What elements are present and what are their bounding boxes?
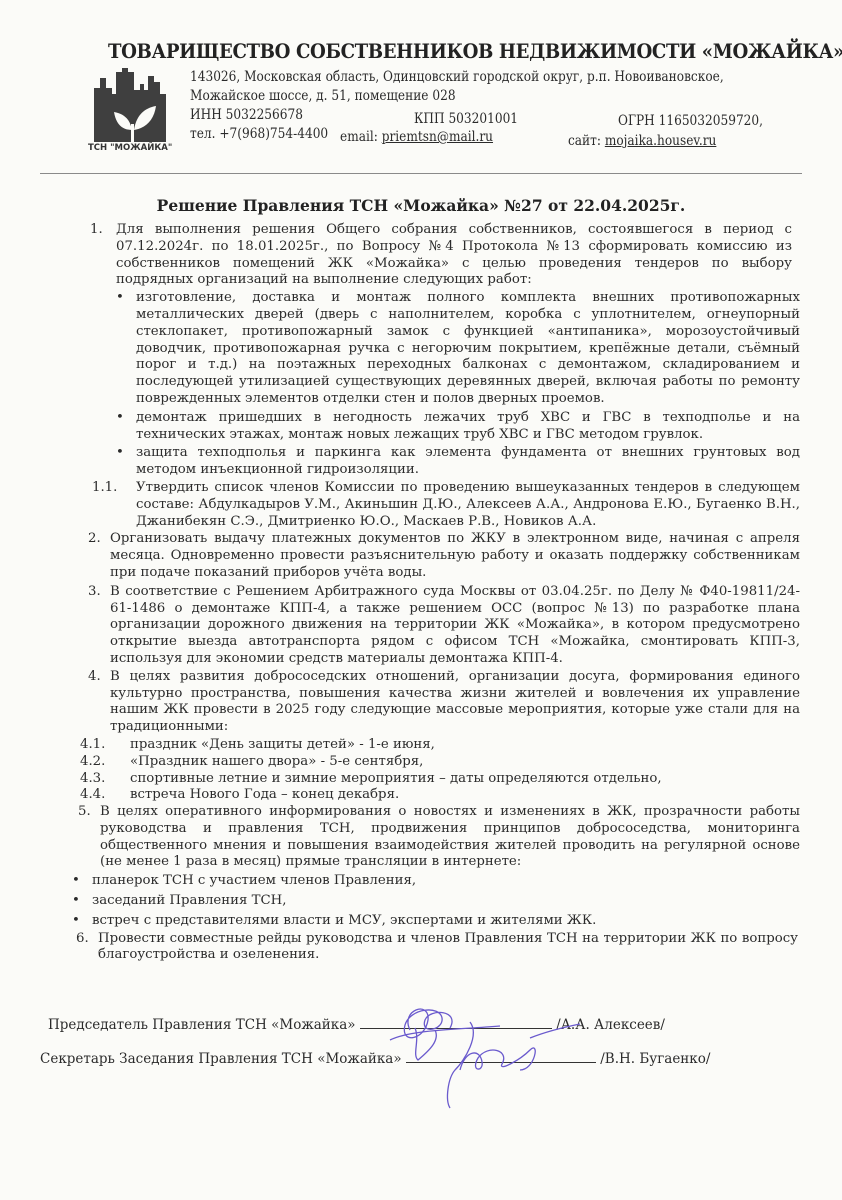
item-1-1: 1.1. Утвердить список членов Комиссии по… xyxy=(136,480,800,530)
item-5: 5. В целях оперативного информирования о… xyxy=(100,804,800,871)
item-number: 4.3. xyxy=(80,771,105,788)
inn: ИНН 5032256678 xyxy=(190,107,303,123)
item-text: Организовать выдачу платежных документов… xyxy=(110,531,800,581)
kpp: КПП 503201001 xyxy=(414,111,518,127)
item-text: Для выполнения решения Общего собрания с… xyxy=(116,222,792,289)
item-text: В соответствие с Решением Арбитражного с… xyxy=(110,584,800,668)
bullet-text: демонтаж пришедших в негодность лежачих … xyxy=(136,410,800,444)
bullet-text: изготовление, доставка и монтаж полного … xyxy=(136,290,800,408)
bullet: • xyxy=(72,893,80,910)
site-label: сайт: xyxy=(568,133,605,149)
handwritten-signature-icon xyxy=(370,1000,590,1110)
item-4-4: 4.4. встреча Нового Года – конец декабря… xyxy=(130,787,800,804)
bullet-text: защита техподполья и паркинга как элемен… xyxy=(136,445,800,479)
chairman-label: Председатель Правления ТСН «Можайка» xyxy=(48,1017,356,1033)
item-text: праздник «День защиты детей» - 1-е июня, xyxy=(130,737,800,754)
bullet-item: • встреч с представителями власти и МСУ,… xyxy=(92,913,792,930)
email-link[interactable]: priemtsn@mail.ru xyxy=(382,129,493,145)
item-text: спортивные летние и зимние мероприятия –… xyxy=(130,771,800,788)
bullet: • xyxy=(116,410,124,427)
bullet: • xyxy=(116,290,124,307)
document-title: Решение Правления ТСН «Можайка» №27 от 2… xyxy=(0,196,842,215)
site-block: сайт: mojaika.housev.ru xyxy=(568,133,716,149)
item-number: 2. xyxy=(88,531,101,548)
bullet: • xyxy=(72,873,80,890)
secretary-label: Секретарь Заседания Правления ТСН «Можай… xyxy=(40,1051,402,1067)
item-number: 4. xyxy=(88,669,101,686)
email-block: email: priemtsn@mail.ru xyxy=(340,129,493,145)
item-number: 5. xyxy=(78,804,91,821)
item-text: В целях оперативного информирования о но… xyxy=(100,804,800,871)
ogrn: ОГРН 1165032059720, xyxy=(618,113,763,129)
secretary-name: /В.Н. Бугаенко/ xyxy=(600,1051,710,1067)
bullet-item: • защита техподполья и паркинга как элем… xyxy=(136,445,800,479)
item-text: встреча Нового Года – конец декабря. xyxy=(130,787,800,804)
bullet-text: планерок ТСН с участием членов Правления… xyxy=(92,873,792,890)
site-link[interactable]: mojaika.housev.ru xyxy=(605,133,717,149)
item-4: 4. В целях развития добрососедских отнош… xyxy=(110,669,800,736)
address-line-1: 143026, Московская область, Одинцовский … xyxy=(190,69,724,85)
bullet-item: • демонтаж пришедших в негодность лежачи… xyxy=(136,410,800,444)
header-separator xyxy=(40,173,802,174)
item-number: 4.4. xyxy=(80,787,105,804)
item-text: Провести совместные рейды руководства и … xyxy=(98,931,798,965)
document-page: ТОВАРИЩЕСТВО СОБСТВЕННИКОВ НЕДВИЖИМОСТИ … xyxy=(0,0,842,1200)
item-text: «Праздник нашего двора» - 5-е сентября, xyxy=(130,754,800,771)
bullet: • xyxy=(72,913,80,930)
item-4-3: 4.3. спортивные летние и зимние мероприя… xyxy=(130,771,800,788)
bullet-item: • изготовление, доставка и монтаж полног… xyxy=(136,290,800,408)
phone: тел. +7(968)754-4400 xyxy=(190,126,328,142)
document-body: 1. Для выполнения решения Общего собрани… xyxy=(0,222,842,964)
bullet-text: встреч с представителями власти и МСУ, э… xyxy=(92,913,792,930)
item-4-1: 4.1. праздник «День защиты детей» - 1-е … xyxy=(130,737,800,754)
address-line-2: Можайское шоссе, д. 51, помещение 028 xyxy=(190,88,456,104)
logo-caption: ТСН "МОЖАЙКА" xyxy=(88,143,188,153)
item-text: В целях развития добрососедских отношени… xyxy=(110,669,800,736)
item-1: 1. Для выполнения решения Общего собрани… xyxy=(116,222,792,289)
item-number: 4.2. xyxy=(80,754,105,771)
bullet-item: • планерок ТСН с участием членов Правлен… xyxy=(92,873,792,890)
bullet-text: заседаний Правления ТСН, xyxy=(92,893,792,910)
item-number: 4.1. xyxy=(80,737,105,754)
item-6: 6. Провести совместные рейды руководства… xyxy=(98,931,798,965)
item-number: 3. xyxy=(88,584,101,601)
item-4-2: 4.2. «Праздник нашего двора» - 5-е сентя… xyxy=(130,754,800,771)
email-label: email: xyxy=(340,129,382,145)
tsn-logo-icon xyxy=(86,64,186,152)
organization-name: ТОВАРИЩЕСТВО СОБСТВЕННИКОВ НЕДВИЖИМОСТИ … xyxy=(108,40,759,63)
bullet-item: • заседаний Правления ТСН, xyxy=(92,893,792,910)
item-3: 3. В соответствие с Решением Арбитражног… xyxy=(110,584,800,668)
item-2: 2. Организовать выдачу платежных докумен… xyxy=(110,531,800,581)
item-text: Утвердить список членов Комиссии по пров… xyxy=(136,480,800,530)
item-number: 1. xyxy=(90,222,103,239)
bullet: • xyxy=(116,445,124,462)
item-number: 1.1. xyxy=(92,480,117,497)
item-number: 6. xyxy=(76,931,89,948)
